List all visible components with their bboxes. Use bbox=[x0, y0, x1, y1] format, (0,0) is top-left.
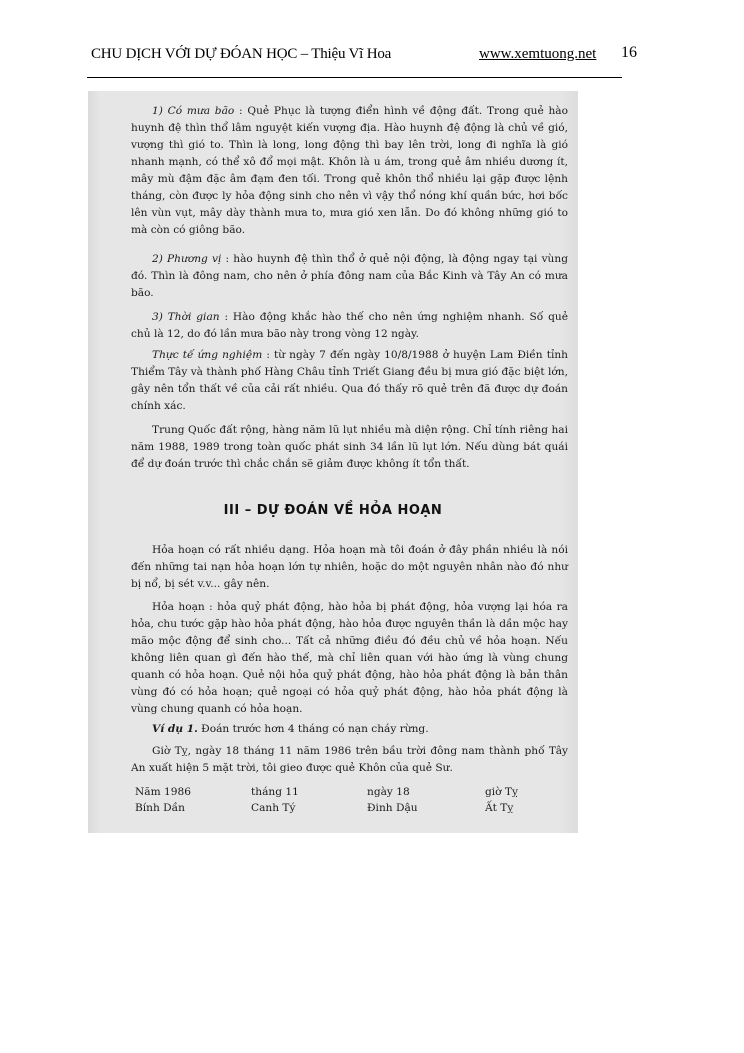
paragraph-label: 3) Thời gian bbox=[152, 311, 220, 323]
cell-month-ganzhi: Canh Tý bbox=[251, 800, 296, 816]
paragraph-7: Hỏa hoạn : hỏa quỷ phát động, hào hỏa bị… bbox=[131, 599, 568, 718]
page-number: 16 bbox=[621, 44, 637, 62]
page-header: CHU DỊCH VỚI DỰ ĐÓAN HỌC – Thiệu Vĩ Hoa … bbox=[91, 44, 631, 68]
paragraph-text: Hỏa hoạn : hỏa quỷ phát động, hào hỏa bị… bbox=[131, 601, 568, 715]
header-rule bbox=[87, 77, 622, 78]
paragraph-8: Ví dụ 1. Đoán trước hơn 4 tháng có nạn c… bbox=[131, 721, 568, 738]
paragraph-4: Thực tế ứng nghiệm : từ ngày 7 đến ngày … bbox=[131, 347, 568, 415]
section-heading: III – DỰ ĐOÁN VỀ HỎA HOẠN bbox=[88, 502, 578, 519]
cell-hour: giờ Tỵ bbox=[485, 784, 518, 800]
cell-month: tháng 11 bbox=[251, 784, 299, 800]
book-title: CHU DỊCH VỚI DỰ ĐÓAN HỌC – Thiệu Vĩ Hoa bbox=[91, 46, 391, 63]
paragraph-1: 1) Có mưa bão : Quẻ Phục là tượng điển h… bbox=[131, 103, 568, 239]
cell-day: ngày 18 bbox=[367, 784, 410, 800]
paragraph-label: 1) Có mưa bão bbox=[152, 105, 234, 117]
cell-year-ganzhi: Bính Dần bbox=[135, 800, 185, 816]
paragraph-9: Giờ Tỵ, ngày 18 tháng 11 năm 1986 trên b… bbox=[131, 743, 568, 777]
paragraph-text: Giờ Tỵ, ngày 18 tháng 11 năm 1986 trên b… bbox=[131, 745, 568, 774]
paragraph-label: 2) Phương vị bbox=[152, 253, 221, 265]
date-row-ganzhi: Bính Dần Canh Tý Đinh Dậu Ất Tỵ bbox=[131, 800, 568, 816]
website-link[interactable]: www.xemtuong.net bbox=[479, 46, 596, 63]
paragraph-3: 3) Thời gian : Hào động khắc hào thế cho… bbox=[131, 309, 568, 343]
paragraph-6: Hỏa hoạn có rất nhiều dạng. Hỏa hoạn mà … bbox=[131, 542, 568, 593]
paragraph-text: Đoán trước hơn 4 tháng có nạn cháy rừng. bbox=[198, 723, 429, 735]
cell-year: Năm 1986 bbox=[135, 784, 191, 800]
paragraph-label: Thực tế ứng nghiệm bbox=[152, 349, 262, 361]
paragraph-label: Ví dụ 1. bbox=[152, 723, 198, 735]
cell-day-ganzhi: Đinh Dậu bbox=[367, 800, 418, 816]
cell-hour-ganzhi: Ất Tỵ bbox=[485, 800, 513, 816]
paragraph-2: 2) Phương vị : hào huynh đệ thìn thổ ở q… bbox=[131, 251, 568, 302]
paragraph-5: Trung Quốc đất rộng, hàng năm lũ lụt nhi… bbox=[131, 422, 568, 473]
paragraph-text: : Quẻ Phục là tượng điển hình về động đấ… bbox=[131, 105, 568, 236]
date-table: Năm 1986 tháng 11 ngày 18 giờ Tỵ Bính Dầ… bbox=[131, 784, 568, 816]
scanned-page-image: 1) Có mưa bão : Quẻ Phục là tượng điển h… bbox=[88, 91, 578, 833]
date-row-solar: Năm 1986 tháng 11 ngày 18 giờ Tỵ bbox=[131, 784, 568, 800]
paragraph-text: Hỏa hoạn có rất nhiều dạng. Hỏa hoạn mà … bbox=[131, 544, 568, 590]
paragraph-text: Trung Quốc đất rộng, hàng năm lũ lụt nhi… bbox=[131, 424, 568, 470]
